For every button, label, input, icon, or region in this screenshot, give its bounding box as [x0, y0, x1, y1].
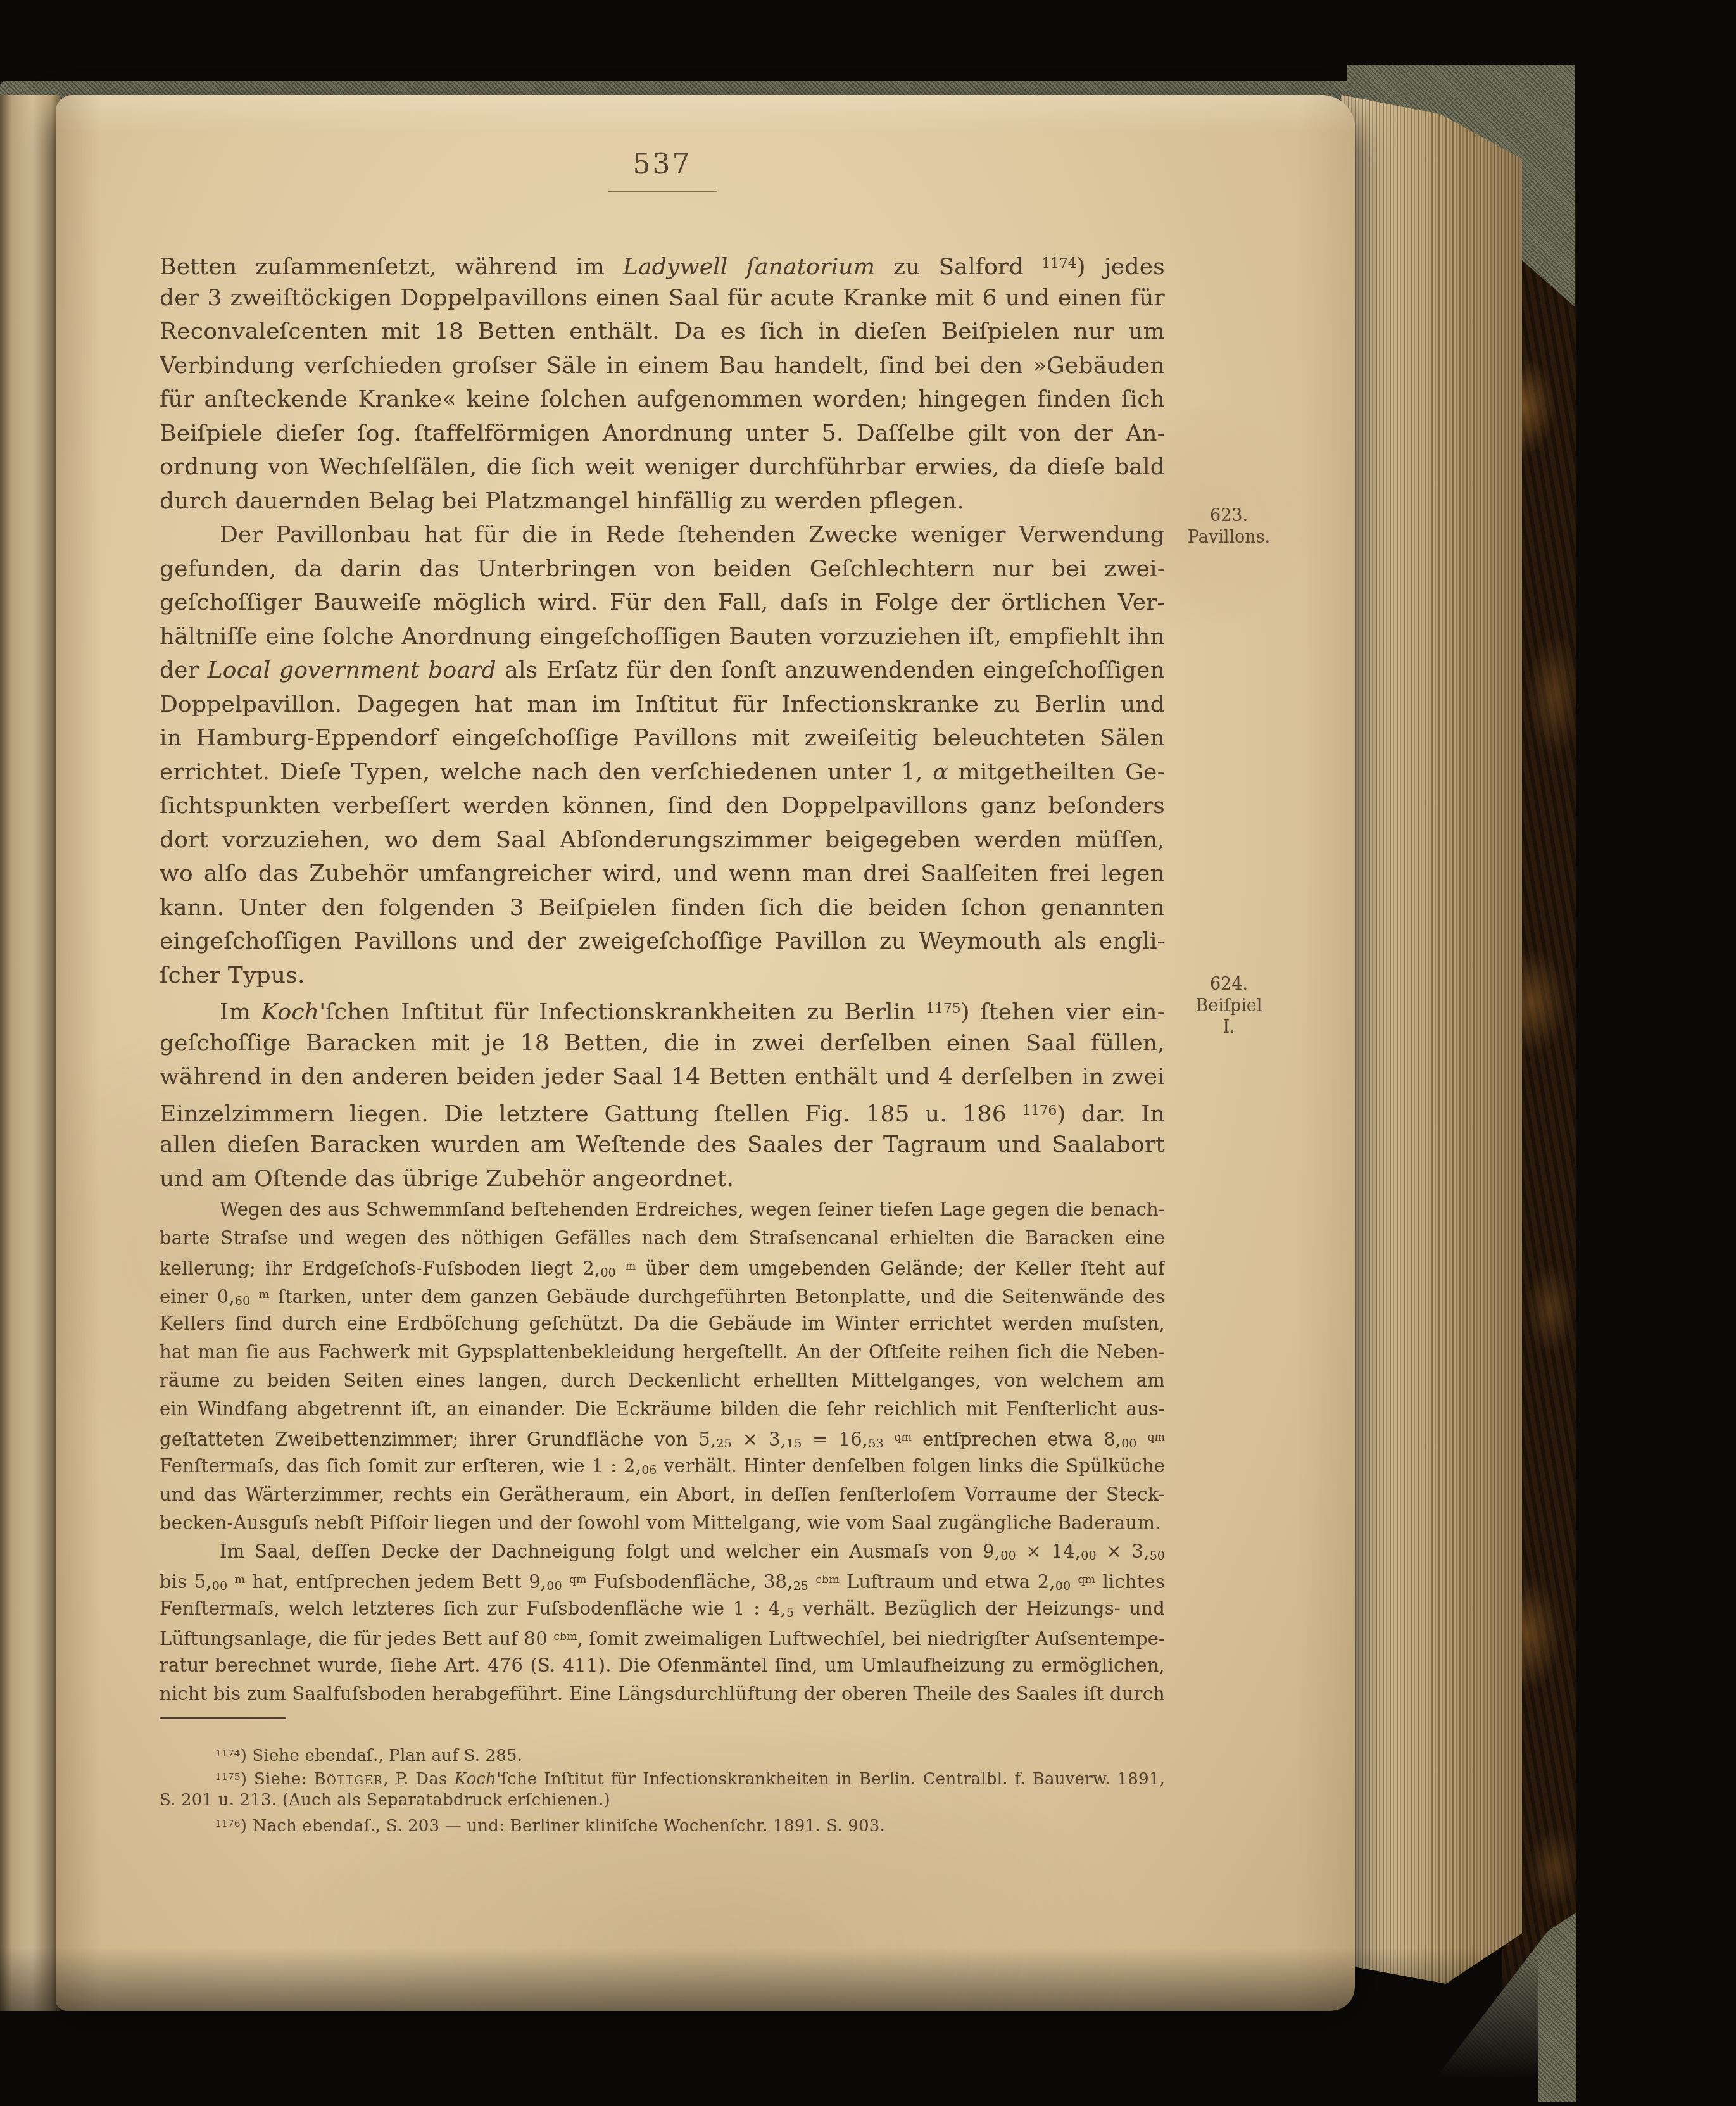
- footnote-reference: qm: [894, 1431, 912, 1444]
- footnote-reference: qm: [1078, 1573, 1095, 1586]
- styled-text: 00: [546, 1579, 562, 1593]
- text-line: ein Windfang abgetrennt iſt, an einander…: [160, 1395, 1165, 1423]
- text-line: Doppelpavillon. Dagegen hat man im Inſti…: [160, 688, 1165, 722]
- text-line: einer 0,60 m ſtarken, unter dem ganzen G…: [160, 1281, 1165, 1309]
- text-line: der 3 zweiſtöckigen Doppelpavillons eine…: [160, 281, 1165, 315]
- styled-text: α: [933, 759, 948, 785]
- footnote-reference: 1174: [215, 1748, 241, 1759]
- text-line: Fenſtermaſs, das ſich ſomit zur erſteren…: [160, 1452, 1165, 1480]
- text-line: 1175) Siehe: Böttger, P. Das Koch'ſche I…: [160, 1765, 1165, 1789]
- text-line: geſchoſſiger Bauweiſe möglich wird. Für …: [160, 586, 1165, 620]
- styled-text: Böttger: [313, 1770, 383, 1789]
- styled-text: 25: [793, 1579, 808, 1593]
- styled-text: 53: [868, 1436, 883, 1451]
- footnote-reference: m: [234, 1573, 245, 1586]
- small-print-text: Wegen des aus Schwemmſand beſtehenden Er…: [160, 1195, 1165, 1708]
- text-line: Fenſtermaſs, welch letzteres ſich zur Fu…: [160, 1594, 1165, 1623]
- text-line: kann. Unter den folgenden 3 Beiſpielen f…: [160, 891, 1165, 925]
- page-number-block: 537: [599, 148, 726, 192]
- styled-text: 06: [641, 1463, 657, 1477]
- margin-note-623-pavillons: 623.Pavillons.: [1175, 505, 1283, 548]
- text-line: in Hamburg-Eppendorf eingeſchoſſige Pavi…: [160, 721, 1165, 755]
- text-column: Betten zuſammenſetzt, während im Ladywel…: [160, 247, 1165, 1836]
- text-line: Einzelzimmern liegen. Die letztere Gattu…: [160, 1094, 1165, 1128]
- text-line: durch dauernden Belag bei Platzmangel hi…: [160, 484, 1165, 519]
- text-line: 1174) Siehe ebendaſ., Plan auf S. 285.: [160, 1742, 1165, 1765]
- margin-note-624-beispiel-1: 624.BeiſpielI.: [1175, 974, 1283, 1038]
- text-line: für anſteckende Kranke« keine ſolchen au…: [160, 382, 1165, 417]
- styled-text: 50: [1150, 1548, 1165, 1563]
- text-line: und das Wärterzimmer, rechts ein Geräthe…: [160, 1480, 1165, 1509]
- margin-note-line: Pavillons.: [1175, 527, 1283, 548]
- margin-note-line: 623.: [1175, 505, 1283, 527]
- page-number: 537: [599, 148, 726, 180]
- text-line: Betten zuſammenſetzt, während im Ladywel…: [160, 247, 1165, 281]
- text-line: hat man ſie aus Fachwerk mit Gypsplatten…: [160, 1338, 1165, 1366]
- text-line: dort vorzuziehen, wo dem Saal Abſonderun…: [160, 823, 1165, 857]
- margin-note-line: Beiſpiel: [1175, 995, 1283, 1017]
- page-number-rule: [608, 191, 717, 192]
- footnote-separator-rule: [160, 1717, 286, 1719]
- footnote-reference: 1174: [1042, 256, 1077, 272]
- text-line: gefunden, da darin das Unterbringen von …: [160, 552, 1165, 586]
- footnote-reference: 1175: [215, 1771, 241, 1782]
- styled-text: 25: [716, 1436, 731, 1451]
- styled-text: Local government board: [208, 657, 496, 683]
- text-line: Reconvaleſcenten mit 18 Betten enthält. …: [160, 315, 1165, 349]
- styled-text: Koch: [454, 1770, 496, 1789]
- footnote-reference: qm: [1147, 1431, 1165, 1444]
- text-line: während in den anderen beiden jeder Saal…: [160, 1060, 1165, 1094]
- text-line: Im Saal, deſſen Decke der Dachneigung fo…: [160, 1537, 1165, 1566]
- styled-text: 5: [786, 1605, 794, 1620]
- styled-text: 00: [1081, 1548, 1096, 1563]
- text-line: errichtet. Dieſe Typen, welche nach den …: [160, 755, 1165, 790]
- styled-text: 00: [1000, 1548, 1016, 1563]
- text-line: Wegen des aus Schwemmſand beſtehenden Er…: [160, 1195, 1165, 1224]
- text-line: ſcher Typus.: [160, 959, 1165, 993]
- styled-text: 15: [786, 1436, 802, 1451]
- book-photograph: 537 Betten zuſammenſetzt, während im Lad…: [0, 0, 1736, 2106]
- footnote-reference: m: [259, 1289, 270, 1301]
- text-line: Lüftungsanlage, die für jedes Bett auf 8…: [160, 1623, 1165, 1651]
- styled-text: 00: [1055, 1579, 1071, 1593]
- text-line: barte Straſse und wegen des nöthigen Gef…: [160, 1224, 1165, 1252]
- text-line: hältniſſe eine ſolche Anordnung eingeſch…: [160, 620, 1165, 654]
- text-line: bis 5,00 m hat, entſprechen jedem Bett 9…: [160, 1566, 1165, 1594]
- text-line: räume zu beiden Seiten eines langen, dur…: [160, 1366, 1165, 1395]
- footnote-reference: 1176: [215, 1818, 241, 1829]
- footnote-reference: cbm: [553, 1630, 577, 1643]
- footnotes: 1174) Siehe ebendaſ., Plan auf S. 285.11…: [160, 1742, 1165, 1836]
- footnote-reference: cbm: [815, 1573, 839, 1586]
- footnote-reference: 1176: [1022, 1103, 1057, 1119]
- text-line: ratur berechnet wurde, ſiehe Art. 476 (S…: [160, 1651, 1165, 1680]
- text-line: becken-Ausguſs nebſt Piſſoir liegen und …: [160, 1509, 1165, 1537]
- text-line: Verbindung verſchieden groſser Säle in e…: [160, 349, 1165, 383]
- margin-note-line: I.: [1175, 1017, 1283, 1038]
- facing-page-edge: [0, 95, 60, 2011]
- margin-note-line: 624.: [1175, 974, 1283, 995]
- text-line: Der Pavillonbau hat für die in Rede ſteh…: [160, 518, 1165, 552]
- text-line: Kellers ſind durch eine Erdböſchung geſc…: [160, 1309, 1165, 1338]
- styled-text: 00: [1121, 1436, 1136, 1451]
- footnote-reference: 1175: [926, 1001, 961, 1017]
- text-line: allen dieſen Baracken wurden am Weſtende…: [160, 1128, 1165, 1162]
- text-line: und am Oſtende das übrige Zubehör angeor…: [160, 1162, 1165, 1196]
- text-line: geſchoſſige Baracken mit je 18 Betten, d…: [160, 1026, 1165, 1061]
- footnote-reference: m: [626, 1260, 636, 1273]
- styled-text: Koch: [261, 999, 319, 1025]
- text-line: ſichtspunkten verbeſſert werden können, …: [160, 789, 1165, 823]
- main-text: Betten zuſammenſetzt, während im Ladywel…: [160, 247, 1165, 1195]
- text-line: geſtatteten Zweibettenzimmer; ihrer Grun…: [160, 1423, 1165, 1452]
- text-line: kellerung; ihr Erdgeſchoſs-Fuſsboden lie…: [160, 1252, 1165, 1281]
- styled-text: 00: [600, 1265, 615, 1280]
- text-line: nicht bis zum Saalfuſsboden herabgeführt…: [160, 1680, 1165, 1708]
- text-line: 1176) Nach ebendaſ., S. 203 — und: Berli…: [160, 1812, 1165, 1836]
- text-line: der Local government board als Erſatz fü…: [160, 653, 1165, 688]
- styled-text: 00: [212, 1579, 227, 1593]
- text-line: wo alſo das Zubehör umfangreicher wird, …: [160, 857, 1165, 891]
- text-line: ordnung von Wechſelſälen, die ſich weit …: [160, 450, 1165, 484]
- text-line: Beiſpiele dieſer ſog. ſtaffelförmigen An…: [160, 417, 1165, 451]
- text-line: Im Koch'ſchen Inſtitut für Infectionskra…: [160, 992, 1165, 1026]
- styled-text: Ladywell ſanatorium: [623, 254, 875, 280]
- styled-text: 60: [235, 1294, 250, 1308]
- footnote-reference: qm: [569, 1573, 587, 1586]
- book-page: 537 Betten zuſammenſetzt, während im Lad…: [56, 95, 1355, 2011]
- page-stack-fore-edge: [1341, 73, 1522, 2015]
- text-line: S. 201 u. 213. (Auch als Separatabdruck …: [160, 1789, 1165, 1812]
- text-line: eingeſchoſſigen Pavillons und der zweige…: [160, 924, 1165, 959]
